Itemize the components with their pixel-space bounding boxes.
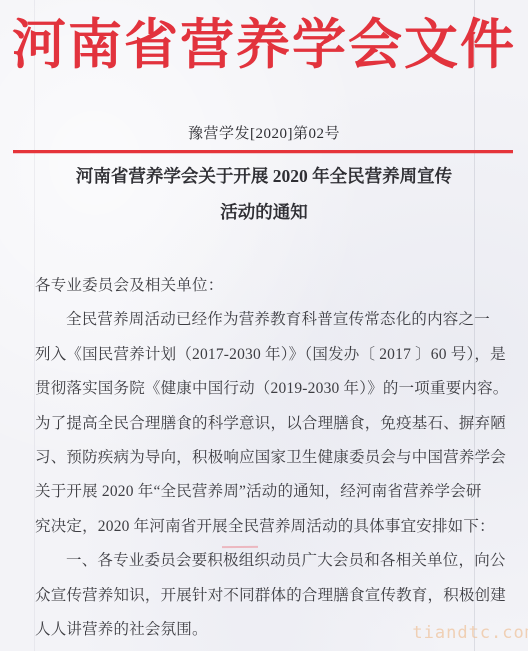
document-masthead: 河南省营养学会文件 bbox=[0, 2, 528, 79]
scanned-official-document: 河南省营养学会文件 豫营学发[2020]第02号 河南省营养学会关于开展 202… bbox=[0, 0, 528, 651]
document-title: 河南省营养学会关于开展 2020 年全民营养周宣传 活动的通知 bbox=[20, 158, 508, 230]
body-line-salutation: 各专业委员会及相关单位： bbox=[35, 269, 500, 303]
body-line: 众宣传营养知识，开展针对不同群体的合理膳食宣传教育，积极创建 bbox=[35, 579, 500, 613]
scan-artifact-mark bbox=[222, 546, 258, 548]
body-line: 为了提高全民合理膳食的科学意识，以合理膳食，免疫基石、摒弃陋 bbox=[35, 407, 500, 441]
red-divider-rule bbox=[13, 150, 513, 153]
body-line: 关于开展 2020 年“全民营养周”活动的通知，经河南省营养学会研 bbox=[35, 475, 500, 509]
body-line: 列入《国民营养计划（2017-2030 年）》（国发办〔 2017 〕60 号）… bbox=[35, 338, 500, 372]
body-line: 贯彻落实国务院《健康中国行动（2019-2030 年）》的一项重要内容。 bbox=[35, 372, 500, 406]
document-body: 各专业委员会及相关单位： 全民营养周活动已经作为营养教育科普宣传常态化的内容之一… bbox=[35, 269, 500, 647]
document-title-line-2: 活动的通知 bbox=[20, 194, 508, 230]
site-watermark: tiandtc.com bbox=[412, 623, 528, 643]
body-line: 一、各专业委员会要积极组织动员广大会员和各相关单位，向公 bbox=[35, 544, 500, 578]
document-title-line-1: 河南省营养学会关于开展 2020 年全民营养周宣传 bbox=[20, 158, 508, 194]
body-line: 习、预防疾病为导向，积极响应国家卫生健康委员会与中国营养学会 bbox=[35, 441, 500, 475]
body-line: 究决定，2020 年河南省开展全民营养周活动的具体事宜安排如下： bbox=[35, 510, 500, 544]
document-number: 豫营学发[2020]第02号 bbox=[0, 122, 528, 143]
body-line: 全民营养周活动已经作为营养教育科普宣传常态化的内容之一 bbox=[35, 303, 500, 337]
